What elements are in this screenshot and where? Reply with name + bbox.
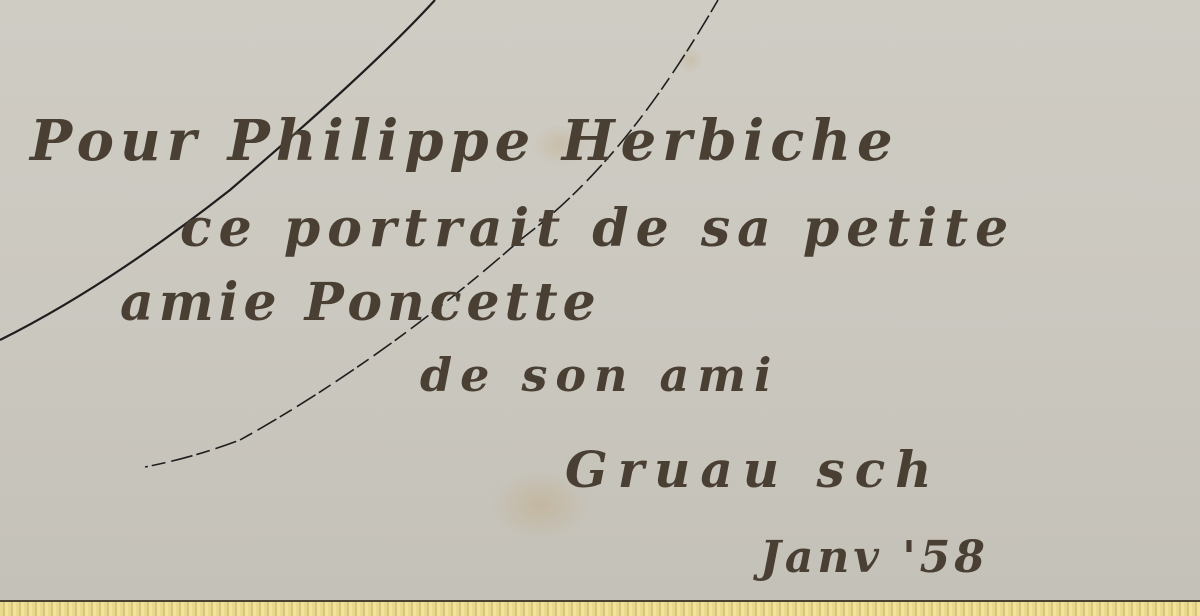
gilt-frame-edge [0,600,1200,614]
signature: Gruau sch [565,440,942,499]
dedication-line-3: amie Poncette [120,272,601,333]
dedication-line-2: ce portrait de sa petite [180,198,1015,259]
date: Janv '58 [760,532,989,583]
dedication-line-1: Pour Philippe Herbiche [30,108,899,174]
dedication-line-4: de son ami [420,348,779,402]
